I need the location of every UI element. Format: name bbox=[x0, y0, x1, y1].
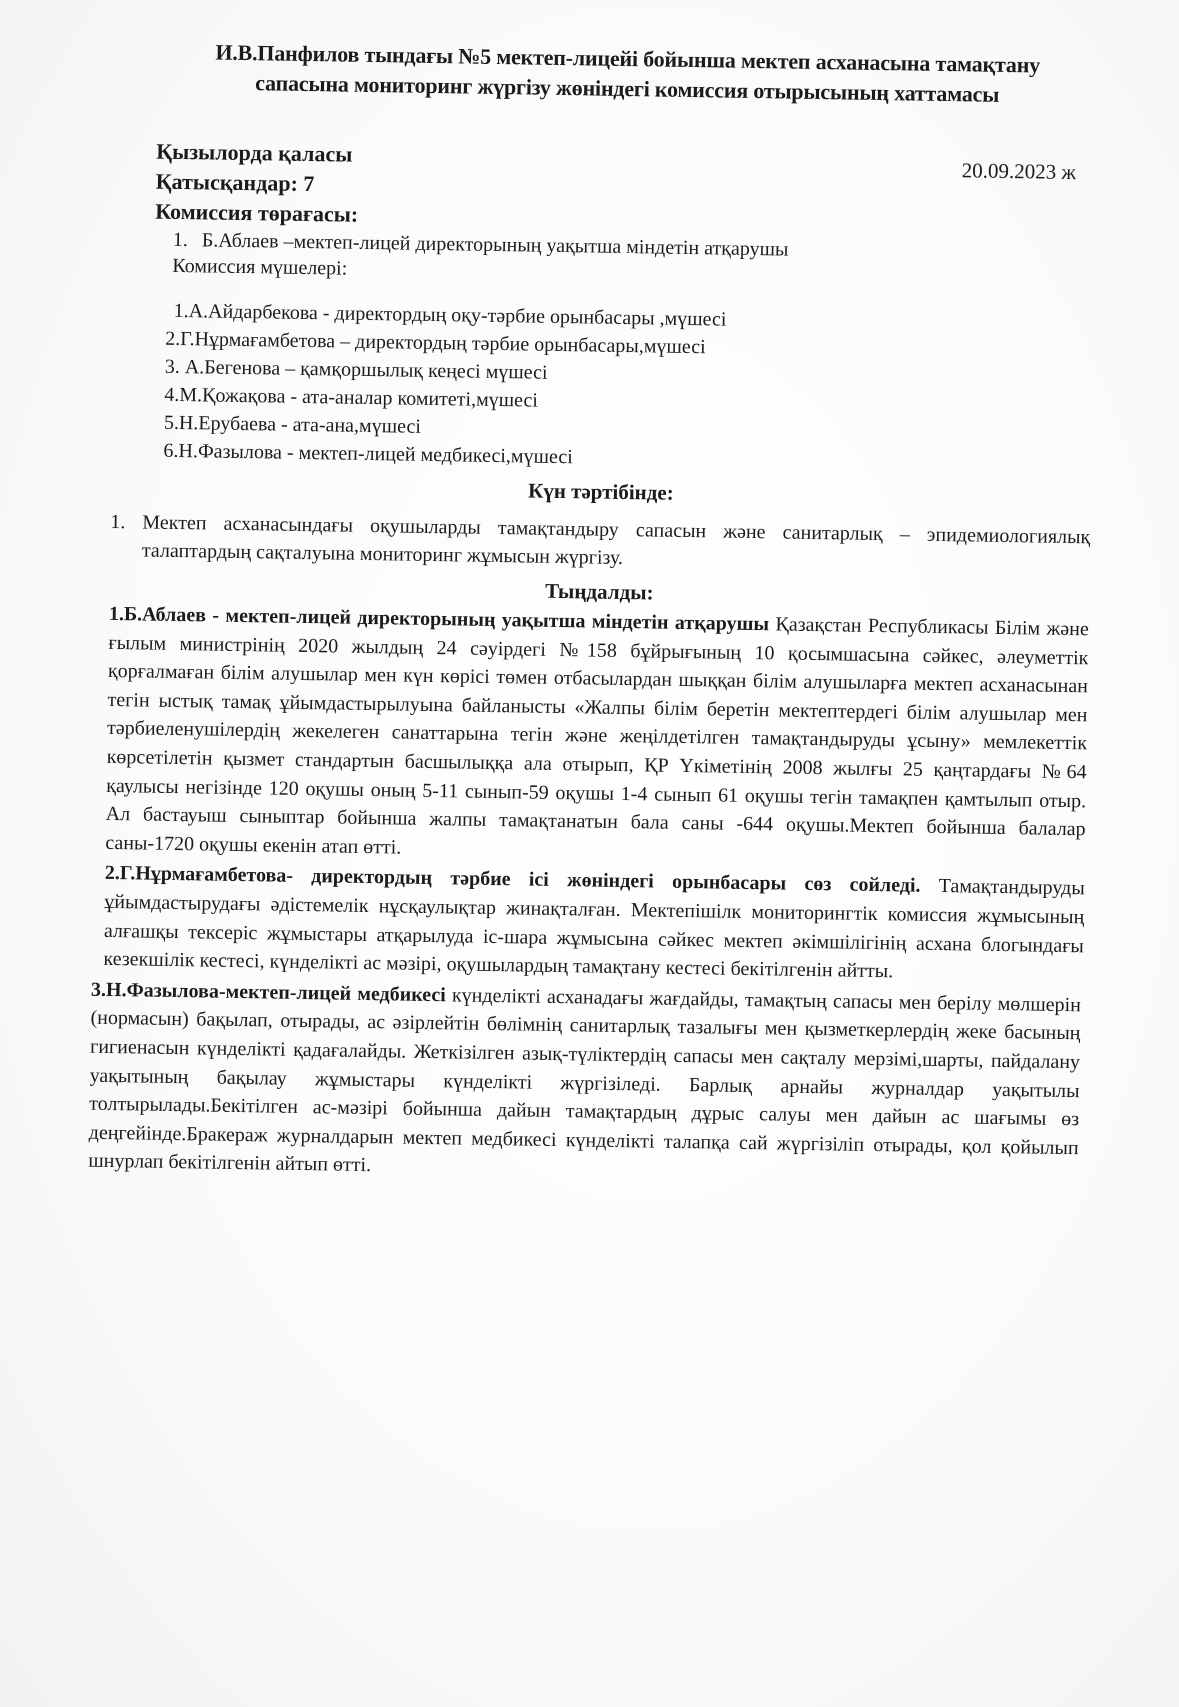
members-list: 1.А.Айдарбекова - директордың оқу-тәрбие… bbox=[163, 297, 1094, 480]
heard-item-ablaev: 1.Б.Аблаев - мектеп-лицей директорының у… bbox=[105, 600, 1089, 873]
chair-number: 1. bbox=[173, 227, 197, 253]
speech-text: күнделікті асханадағы жағдайды, тамақтың… bbox=[88, 984, 1081, 1176]
agenda-number: 1. bbox=[110, 508, 143, 564]
protocol-document: И.В.Панфилов тындағы №5 мектеп-лицейі бо… bbox=[100, 36, 1098, 1191]
heard-item-fazylova: 3.Н.Фазылова-мектеп-лицей медбикесі күнд… bbox=[88, 975, 1081, 1191]
speaker-name: 1.Б.Аблаев - мектеп-лицей директорының у… bbox=[109, 603, 769, 635]
meeting-meta: Қызылорда қаласы 20.09.2023 ж Қатысқанда… bbox=[155, 137, 1096, 242]
agenda-item: 1. Мектеп асханасындағы оқушыларды тамақ… bbox=[110, 508, 1091, 579]
agenda-text: Мектеп асханасындағы оқушыларды тамақтан… bbox=[142, 508, 1091, 579]
speech-text: Қазақстан Республикасы Білім және ғылым … bbox=[105, 613, 1089, 858]
meeting-date: 20.09.2023 ж bbox=[961, 155, 1076, 187]
heard-item-nurmagambetova: 2.Г.Нұрмағамбетова- директордың тәрбие і… bbox=[103, 859, 1085, 989]
document-page: И.В.Панфилов тындағы №5 мектеп-лицейі бо… bbox=[0, 0, 1179, 1707]
speaker-name: 3.Н.Фазылова-мектеп-лицей медбикесі bbox=[91, 978, 446, 1006]
document-title: И.В.Панфилов тындағы №5 мектеп-лицейі бо… bbox=[157, 37, 1098, 112]
